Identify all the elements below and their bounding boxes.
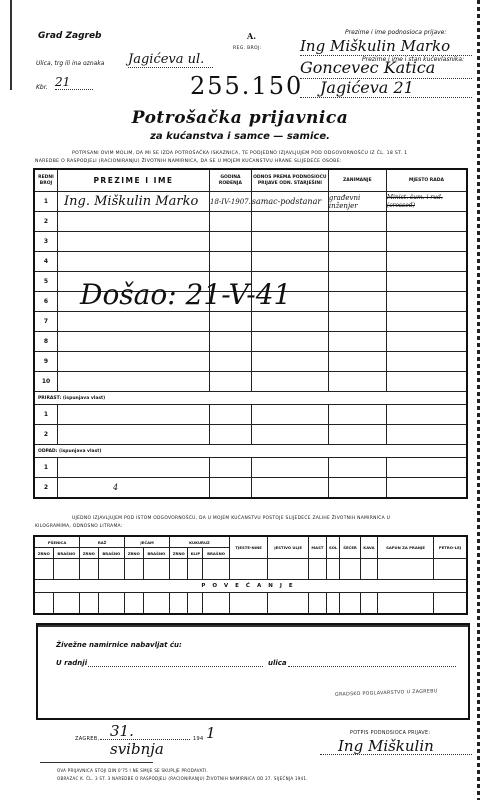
row-number: 6 — [34, 292, 58, 312]
person-birth — [210, 352, 252, 372]
person-workplace — [386, 332, 467, 352]
row-number: 2 — [34, 478, 58, 499]
person-birth — [210, 252, 252, 272]
person-relation — [251, 212, 328, 232]
row-number: 2 — [34, 425, 58, 445]
row-number: 10 — [34, 372, 58, 392]
group-rye: RAŽ — [80, 536, 125, 548]
person-occupation — [328, 332, 386, 352]
person-occupation — [328, 292, 386, 312]
row-number: 7 — [34, 312, 58, 332]
form-subtitle: za kućanstva i samce — samice. — [0, 131, 480, 142]
group-coffee: KAVA — [360, 536, 377, 559]
applicant-label: Prezime i ime podnosioca prijave: — [345, 29, 446, 36]
reg-number-value: 255.150 — [190, 72, 303, 100]
person-occupation — [328, 272, 386, 292]
intro-line-1: POTPISANI OVIM MOLIM, DA MI SE IZDA POTR… — [72, 151, 407, 156]
person-birth — [210, 478, 252, 499]
shop-street-label: ulica — [268, 659, 287, 667]
reg-number-label: REG. BROJ: — [233, 46, 261, 51]
person-birth — [210, 458, 252, 478]
shop-street-field[interactable] — [288, 666, 456, 667]
sub-grain: ZRNO — [34, 548, 53, 559]
person-relation — [251, 352, 328, 372]
group-salt: SOL — [327, 536, 340, 559]
row-number: 3 — [34, 232, 58, 252]
col-header-workplace: MJESTO RADA — [386, 169, 467, 192]
table-row: 1 — [34, 458, 467, 478]
table-row: 24 — [34, 478, 467, 499]
person-birth — [210, 312, 252, 332]
person-occupation — [328, 425, 386, 445]
odpad-label: ODPAD: (ispunjava vlast) — [34, 445, 467, 458]
group-oil: JESTIVO ULJE — [268, 536, 308, 559]
table-row: 10 — [34, 372, 467, 392]
table-row: 2 — [34, 425, 467, 445]
sub-flour: BRAŠNO — [98, 548, 125, 559]
person-occupation — [328, 405, 386, 425]
person-occupation: građevni inženjer — [328, 192, 386, 212]
person-name — [58, 252, 210, 272]
person-birth — [210, 212, 252, 232]
increase-label: POVEĆANJE — [34, 580, 467, 593]
person-workplace — [386, 232, 467, 252]
person-workplace — [386, 458, 467, 478]
row-number: 1 — [34, 458, 58, 478]
group-pasta: TJESTE-NINE — [229, 536, 268, 559]
row-number: 5 — [34, 272, 58, 292]
sub-flour: BRAŠNO — [203, 548, 230, 559]
person-relation — [251, 478, 328, 499]
person-birth — [210, 372, 252, 392]
person-birth: 18-IV-1907. — [210, 192, 252, 212]
person-workplace — [386, 478, 467, 499]
person-occupation — [328, 352, 386, 372]
table-row: 2 — [34, 212, 467, 232]
price-note: OVA PRIJAVNICA STOJI DIN 0'75 I NE SMIJE… — [57, 768, 208, 773]
person-name — [58, 312, 210, 332]
col-header-relation: ODNOS PREMA PODNOSIOCU PRIJAVE ODN. STAR… — [251, 169, 328, 192]
form-title: Potrošačka prijavnica — [0, 108, 480, 128]
landlord-value-name: Goncevec Katica — [300, 58, 472, 79]
person-name — [58, 372, 210, 392]
table-row: 4 — [34, 252, 467, 272]
row-number: 9 — [34, 352, 58, 372]
table-row: 8 — [34, 332, 467, 352]
house-number-label: Kbr. — [36, 84, 48, 91]
row-number: 4 — [34, 252, 58, 272]
person-workplace: Minist. šum. i rud. (crossed) — [386, 192, 467, 212]
col-header-no: REDNI BROJ — [34, 169, 58, 192]
shop-box — [36, 623, 470, 720]
person-occupation — [328, 312, 386, 332]
footer-divider — [40, 762, 153, 763]
row-number: 2 — [34, 212, 58, 232]
store-label: U radnji — [56, 659, 87, 667]
supplies-row — [34, 559, 467, 580]
row-number: 1 — [34, 405, 58, 425]
person-workplace — [386, 272, 467, 292]
group-petroleum: PETRO-LEJ — [434, 536, 467, 559]
table-row: 1 Ing. Miškulin Marko 18-IV-1907. samac-… — [34, 192, 467, 212]
sub-grain: ZRNO — [80, 548, 98, 559]
group-corn: KUKURUZ — [170, 536, 230, 548]
sub-cob: KLIP — [188, 548, 203, 559]
person-workplace — [386, 425, 467, 445]
sub-flour: BRAŠNO — [143, 548, 170, 559]
col-header-name: PREZIME I IME — [58, 169, 210, 192]
person-birth — [210, 425, 252, 445]
arrival-annotation: Došao: 21-V-41 — [80, 278, 291, 311]
place-label: ZAGREB, — [75, 736, 99, 742]
person-name — [58, 232, 210, 252]
intro-line-2: NAREDBE O RASPODJELI (RACIONIRANJU) ŽIVO… — [35, 159, 342, 164]
supplies-intro-1: UJEDNO IZJAVLJUJEM POD ISTOM ODGOVORNOŠĆ… — [72, 516, 390, 521]
person-relation — [251, 312, 328, 332]
table-row: 7 — [34, 312, 467, 332]
sub-flour: BRAŠNO — [53, 548, 80, 559]
person-relation — [251, 252, 328, 272]
date-value: 31. svibnja — [100, 722, 190, 740]
shop-label: Živežne namirnice nabavljat ću: — [56, 641, 182, 649]
supplies-table: PŠENICA RAŽ JEČAM KUKURUZ TJESTE-NINE JE… — [33, 535, 468, 615]
row-number: 1 — [34, 192, 58, 212]
applicant-signature: Ing Miškulin — [320, 737, 472, 755]
supplies-intro-2: KILOGRAMIMA, ODNOSNO LITRAMA: — [35, 524, 123, 529]
person-relation — [251, 405, 328, 425]
person-occupation — [328, 372, 386, 392]
row-number: 8 — [34, 332, 58, 352]
person-workplace — [386, 312, 467, 332]
group-soap: SAPUN ZA PRANJE — [378, 536, 434, 559]
year-prefix: 194 — [193, 736, 203, 742]
group-wheat: PŠENICA — [34, 536, 80, 548]
signature-label: POTPIS PODNOSIOCA PRIJAVE: — [350, 731, 430, 736]
person-workplace — [386, 292, 467, 312]
person-relation: samac-podstanar — [251, 192, 328, 212]
person-name — [58, 212, 210, 232]
group-sugar: ŠEĆER — [340, 536, 361, 559]
person-relation — [251, 372, 328, 392]
person-relation — [251, 332, 328, 352]
person-relation — [251, 425, 328, 445]
person-name — [58, 332, 210, 352]
sub-grain: ZRNO — [125, 548, 143, 559]
person-workplace — [386, 212, 467, 232]
increase-row — [34, 593, 467, 615]
prirast-label: PRIRAST: (ispunjava vlast) — [34, 392, 467, 405]
person-workplace — [386, 372, 467, 392]
col-header-birth: GODINA ROĐENJA — [210, 169, 252, 192]
person-relation — [251, 458, 328, 478]
landlord-value-address: Jagićeva 21 — [300, 78, 472, 98]
scan-edge — [10, 0, 12, 90]
odpad-mark: 4 — [58, 478, 210, 499]
persons-table: REDNI BROJ PREZIME I IME GODINA ROĐENJA … — [33, 168, 468, 499]
street-value: Jagićeva ul. — [128, 52, 213, 68]
group-barley: JEČAM — [125, 536, 170, 548]
applicant-value: Ing Miškulin Marko — [300, 37, 472, 56]
person-occupation — [328, 478, 386, 499]
house-number-value: 21 — [55, 75, 93, 90]
person-occupation — [328, 252, 386, 272]
street-label: Ulica, trg ili ina oznaka — [36, 60, 104, 67]
table-row: 1 — [34, 405, 467, 425]
person-name — [58, 425, 210, 445]
form-letter: A. — [247, 31, 256, 41]
person-birth — [210, 332, 252, 352]
person-name — [58, 458, 210, 478]
form-reference-note: OBRAZAC K. ČL. 3 ST. 3 NAREDBE O RASPODJ… — [57, 776, 308, 781]
person-workplace — [386, 405, 467, 425]
year-suffix: 1 — [206, 724, 216, 742]
person-birth — [210, 232, 252, 252]
col-header-occupation: ZANIMANJE — [328, 169, 386, 192]
person-workplace — [386, 352, 467, 372]
person-occupation — [328, 458, 386, 478]
sub-grain: ZRNO — [170, 548, 188, 559]
person-workplace — [386, 252, 467, 272]
person-birth — [210, 405, 252, 425]
person-occupation — [328, 232, 386, 252]
person-name: Ing. Miškulin Marko — [58, 192, 210, 212]
person-occupation — [328, 212, 386, 232]
store-field[interactable] — [88, 666, 263, 667]
table-row: 3 — [34, 232, 467, 252]
city-label: Grad Zagreb — [38, 31, 102, 41]
person-relation — [251, 232, 328, 252]
person-name — [58, 405, 210, 425]
table-row: 9 — [34, 352, 467, 372]
group-lard: MAST — [308, 536, 326, 559]
person-name — [58, 352, 210, 372]
